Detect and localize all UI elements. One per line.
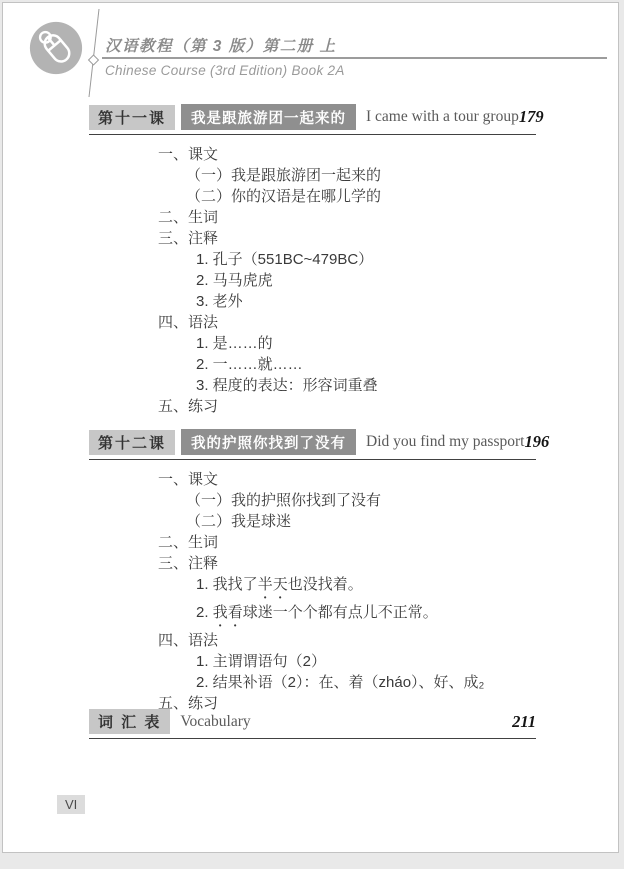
lesson-11-toc: 一、课文 （一）我是跟旅游团一起来的 （二）你的汉语是在哪儿学的 二、生词 三、… — [89, 144, 536, 417]
toc-emphasized-text: 我看 — [213, 604, 243, 621]
toc-item: 3. 程度的表达：形容词重叠 — [89, 375, 536, 396]
vocabulary-title-english: Vocabulary — [180, 713, 250, 731]
vocabulary-section: 词 汇 表 Vocabulary 211 — [89, 709, 536, 739]
mouse-icon — [27, 19, 85, 77]
diagonal-line-ornament — [83, 7, 107, 99]
vocabulary-badge: 词 汇 表 — [89, 709, 170, 734]
lesson-12-title-chinese: 我的护照你找到了没有 — [181, 429, 356, 455]
toc-item: 3. 老外 — [89, 291, 536, 312]
toc-item: 四、语法 — [89, 312, 536, 333]
lesson-11-section: 第十一课 我是跟旅游团一起来的 I came with a tour group… — [89, 104, 536, 417]
book-title-chinese: 汉语教程（第 3 版）第二册 上 — [105, 34, 337, 56]
toc-item: 2. 一……就…… — [89, 354, 536, 375]
toc-item: 1. 是……的 — [89, 333, 536, 354]
toc-item: 一、课文 — [89, 144, 536, 165]
lesson-12-number-badge: 第十二课 — [89, 430, 175, 455]
toc-text: 球迷一个个都有点儿不正常。 — [243, 604, 438, 621]
toc-item: 2. 我看球迷一个个都有点儿不正常。 — [89, 602, 536, 630]
lesson-12-title-english: Did you find my passport — [366, 433, 524, 451]
toc-text: 也没找着。 — [288, 576, 363, 593]
lesson-12-section: 第十二课 我的护照你找到了没有 Did you find my passport… — [89, 429, 536, 714]
vocabulary-header-row: 词 汇 表 Vocabulary 211 — [89, 709, 536, 739]
toc-item: 二、生词 — [89, 532, 536, 553]
lesson-12-page-number: 196 — [524, 432, 549, 452]
toc-item: 三、注释 — [89, 228, 536, 249]
toc-emphasized-text: 半天 — [258, 576, 288, 593]
book-title-english: Chinese Course (3rd Edition) Book 2A — [105, 63, 345, 78]
toc-item: 1. 主谓谓语句（2） — [89, 651, 536, 672]
lesson-12-toc: 一、课文 （一）我的护照你找到了没有 （二）我是球迷 二、生词 三、注释 1. … — [89, 469, 536, 714]
toc-item: 四、语法 — [89, 630, 536, 651]
toc-item: （一）我的护照你找到了没有 — [89, 490, 536, 511]
toc-item: 1. 孔子（551BC~479BC） — [89, 249, 536, 270]
lesson-11-title-english: I came with a tour group — [366, 108, 519, 126]
toc-item: 1. 我找了半天也没找着。 — [89, 574, 536, 602]
toc-item: （一）我是跟旅游团一起来的 — [89, 165, 536, 186]
toc-item: （二）我是球迷 — [89, 511, 536, 532]
toc-item: 五、练习 — [89, 396, 536, 417]
vocabulary-page-number: 211 — [512, 712, 536, 732]
lesson-11-title-chinese: 我是跟旅游团一起来的 — [181, 104, 356, 130]
toc-item: 三、注释 — [89, 553, 536, 574]
toc-item: （二）你的汉语是在哪儿学的 — [89, 186, 536, 207]
toc-text: 1. 我找了 — [196, 576, 258, 593]
header-rule — [102, 57, 607, 59]
toc-item: 2. 结果补语（2）：在、着（zháo）、好、成₂ — [89, 672, 536, 693]
lesson-11-header-row: 第十一课 我是跟旅游团一起来的 I came with a tour group… — [89, 104, 536, 135]
book-page: 汉语教程（第 3 版）第二册 上 Chinese Course (3rd Edi… — [2, 2, 619, 853]
toc-item: 一、课文 — [89, 469, 536, 490]
toc-item: 二、生词 — [89, 207, 536, 228]
lesson-11-number-badge: 第十一课 — [89, 105, 175, 130]
page-folio: VI — [57, 795, 85, 814]
lesson-12-header-row: 第十二课 我的护照你找到了没有 Did you find my passport… — [89, 429, 536, 460]
lesson-11-page-number: 179 — [519, 107, 544, 127]
toc-text: 2. — [196, 604, 213, 621]
toc-item: 2. 马马虎虎 — [89, 270, 536, 291]
